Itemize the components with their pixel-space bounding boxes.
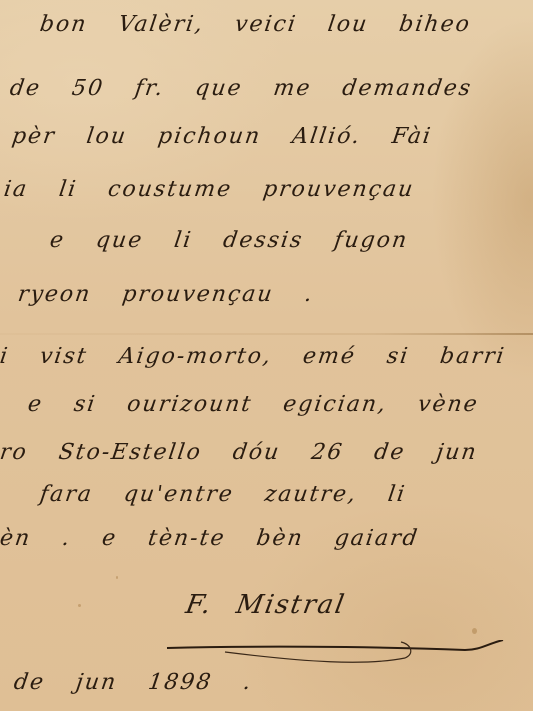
letter-line: èn . e tèn-te bèn gaiard — [0, 526, 420, 551]
letter-line: ia li coustume prouvençau — [2, 177, 416, 202]
date-line: de jun 1898 . — [12, 670, 254, 695]
paper-stain — [78, 604, 81, 607]
paper-stain — [116, 576, 118, 579]
signature: F. Mistral — [183, 590, 348, 620]
letter-line: de 50 fr. que me demandes — [8, 76, 474, 101]
letter-line: e si ourizount egician, vène — [26, 392, 480, 417]
letter-page: bon Valèri, veici lou biheo de 50 fr. qu… — [0, 0, 533, 711]
paper-stain — [472, 628, 477, 634]
letter-line: ryeon prouvençau . — [16, 282, 315, 307]
letter-line: pèr lou pichoun Allió. Fài — [10, 124, 434, 149]
letter-line: ro Sto-Estello dóu 26 de jun — [0, 440, 479, 465]
letter-line: bon Valèri, veici lou biheo — [38, 12, 472, 37]
signature-underline-flourish — [165, 640, 505, 670]
letter-line: fara qu'entre zautre, li — [38, 482, 408, 507]
paper-fold-line — [0, 333, 533, 335]
letter-line: i vist Aigo-morto, emé si barri — [0, 344, 507, 369]
letter-line: e que li dessis fugon — [48, 228, 410, 253]
